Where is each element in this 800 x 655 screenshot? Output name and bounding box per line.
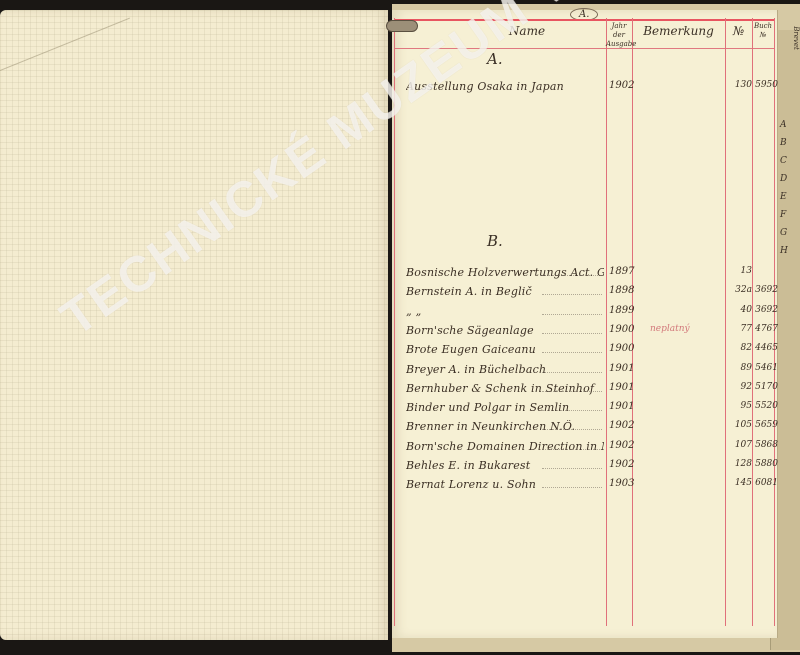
entry-name: Breyer A. in Büchelbach — [406, 363, 604, 377]
section-letter-a: A. — [487, 50, 503, 68]
index-tab-mark[interactable]: E — [780, 192, 794, 210]
leader-dots — [542, 487, 602, 488]
index-tab-mark[interactable]: A — [780, 120, 794, 138]
leader-dots — [542, 372, 602, 373]
column-header-year: Jahr der Ausgabe — [606, 22, 632, 49]
leader-dots — [542, 449, 602, 450]
entry-buch: 5520 — [754, 401, 778, 411]
index-tab-mark[interactable]: B — [780, 138, 794, 156]
entry-buch: 5950 — [754, 80, 778, 90]
entry-year: 1903 — [609, 478, 635, 489]
leader-dots — [542, 333, 602, 334]
column-header-remark: Bemerkung — [632, 24, 725, 38]
entry-nr: 145 — [728, 478, 752, 488]
entry-nr: 128 — [728, 459, 752, 469]
entry-nr: 92 — [728, 382, 752, 392]
ledger-row: Bernat Lorenz u. Sohn19031456081 — [392, 478, 777, 496]
entry-name: Bosnische Holzverwertungs Act. Ges. — [406, 266, 604, 280]
left-page-blank — [0, 10, 388, 640]
entry-name: Bernhuber & Schenk in Steinhof — [406, 382, 604, 396]
entry-buch: 3692 — [754, 305, 778, 315]
ledger-row: Bernhuber & Schenk in Steinhof1901925170 — [392, 382, 777, 400]
entry-name: Born'sche Sägeanlage — [406, 324, 604, 338]
header-top-rule — [394, 19, 775, 21]
entry-year: 1901 — [609, 401, 635, 412]
entry-name: Brote Eugen Gaiceanu — [406, 343, 604, 357]
entry-buch: 5868 — [754, 440, 778, 450]
leader-dots — [542, 294, 602, 295]
entry-buch: 4465 — [754, 343, 778, 353]
index-tab-mark[interactable]: D — [780, 174, 794, 192]
entry-year: 1902 — [609, 420, 635, 431]
side-label: Brevet — [792, 26, 800, 50]
entry-buch: 5880 — [754, 459, 778, 469]
leader-dots — [542, 410, 602, 411]
entry-buch: 3692 — [754, 285, 778, 295]
leader-dots — [542, 352, 602, 353]
index-tab-mark[interactable]: H — [780, 246, 794, 264]
entry-buch: 5659 — [754, 420, 778, 430]
entry-nr: 77 — [728, 324, 752, 334]
ledger-row: Binder und Polgar in Semlin1901955520 — [392, 401, 777, 419]
entry-year: 1900 — [609, 343, 635, 354]
ledger-row: Born'sche Sägeanlage1900neplatný774767 — [392, 324, 777, 342]
column-header-name: Name — [452, 24, 602, 38]
entry-remark: neplatný — [650, 324, 710, 334]
entry-nr: 107 — [728, 440, 752, 450]
ledger-row: Bernstein A. in Beglič189832a3692 — [392, 285, 777, 303]
entry-year: 1897 — [609, 266, 635, 277]
entry-year: 1901 — [609, 363, 635, 374]
index-tab-mark[interactable]: G — [780, 228, 794, 246]
entry-nr: 82 — [728, 343, 752, 353]
page-fold-crease — [0, 18, 130, 71]
entry-name: Brenner in Neunkirchen N.Ö. — [406, 420, 604, 434]
entry-name: Born'sche Domainen Direction in Neumarkt — [406, 440, 604, 454]
entry-nr: 105 — [728, 420, 752, 430]
leader-dots — [542, 429, 602, 430]
leader-dots — [542, 468, 602, 469]
ledger-row: Brenner in Neunkirchen N.Ö.19021055659 — [392, 420, 777, 438]
leader-dots — [542, 275, 602, 276]
entry-nr: 40 — [728, 305, 752, 315]
entry-year: 1900 — [609, 324, 635, 335]
entry-buch: 5461 — [754, 363, 778, 373]
ledger-row: „ „1899403692 — [392, 305, 777, 323]
ledger-row: Bosnische Holzverwertungs Act. Ges.18971… — [392, 266, 777, 284]
entry-nr: 13 — [728, 266, 752, 276]
entry-year: 1901 — [609, 382, 635, 393]
leader-dots — [542, 314, 602, 315]
entry-nr: 89 — [728, 363, 752, 373]
entry-nr: 32a — [728, 285, 752, 295]
ledger-row: Brote Eugen Gaiceanu1900824465 — [392, 343, 777, 361]
ledger-row: Born'sche Domainen Direction in Neumarkt… — [392, 440, 777, 458]
entry-name: „ „ — [406, 305, 604, 319]
entry-buch: 5170 — [754, 382, 778, 392]
header-bottom-rule — [394, 48, 775, 49]
entry-nr: 130 — [728, 80, 752, 90]
ledger-row: Ausstellung Osaka in Japan 1902 130 5950 — [392, 80, 777, 98]
entry-year: 1902 — [609, 459, 635, 470]
entry-name: Ausstellung Osaka in Japan — [406, 80, 604, 94]
entry-buch: 6081 — [754, 478, 778, 488]
entry-buch: 4767 — [754, 324, 778, 334]
section-letter-b: B. — [487, 232, 503, 250]
ledger-page: A. Name Jahr der Ausgabe Bemerkung № Buc… — [392, 10, 778, 638]
entry-name: Behles E. in Bukarest — [406, 459, 604, 473]
entry-name: Bernstein A. in Beglič — [406, 285, 604, 299]
binding-string — [386, 20, 418, 32]
entry-name: Bernat Lorenz u. Sohn — [406, 478, 604, 492]
index-tabs: ABCDEFGH — [780, 120, 794, 264]
entry-name: Binder und Polgar in Semlin — [406, 401, 604, 415]
index-tab-mark[interactable]: F — [780, 210, 794, 228]
entry-nr: 95 — [728, 401, 752, 411]
ledger-row: Behles E. in Bukarest19021285880 — [392, 459, 777, 477]
ledger-row: Breyer A. in Büchelbach1901895461 — [392, 363, 777, 381]
entry-year: 1898 — [609, 285, 635, 296]
column-header-nr: № — [725, 24, 752, 38]
index-tab-mark[interactable]: C — [780, 156, 794, 174]
leader-dots — [542, 391, 602, 392]
column-header-buch: Buch № — [752, 22, 774, 40]
entry-year: 1902 — [609, 80, 635, 91]
entry-year: 1899 — [609, 305, 635, 316]
entry-year: 1902 — [609, 440, 635, 451]
